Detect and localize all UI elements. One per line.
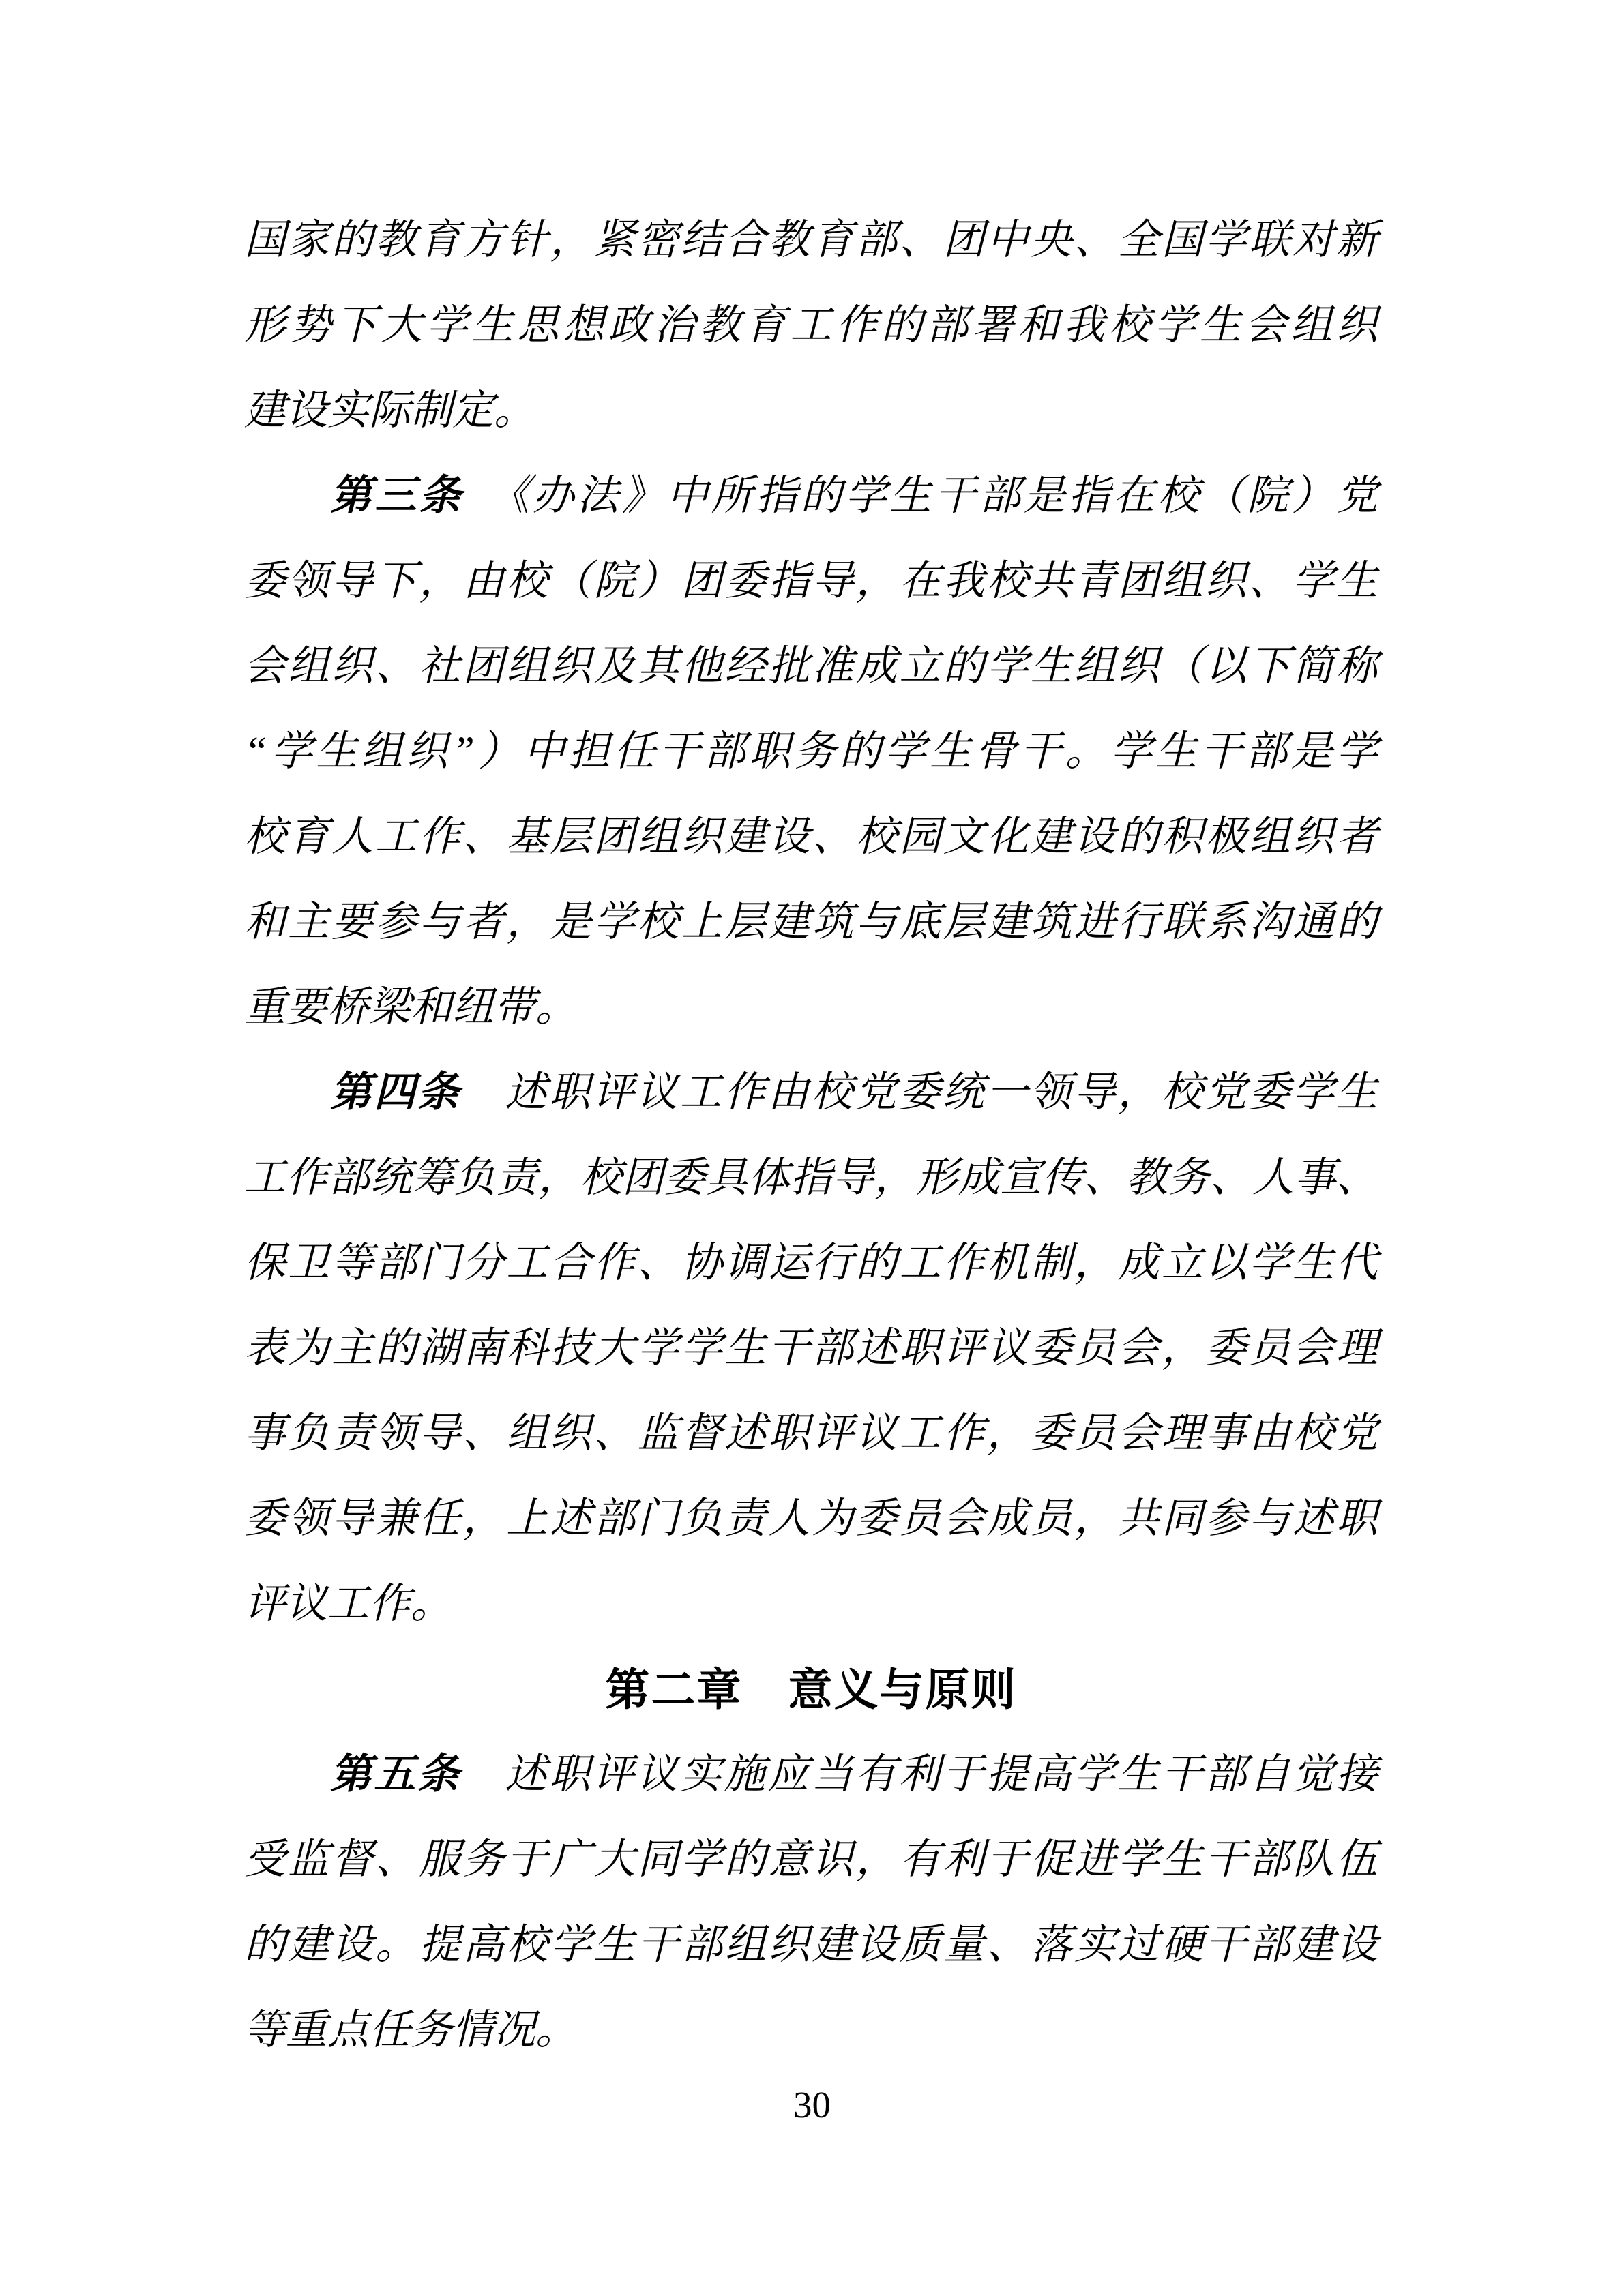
line-text: 事负责领导、组织、监督述职评议工作，委员会理事由校党 bbox=[244, 1411, 1378, 1457]
text-line: 重要桥梁和纽带。 bbox=[244, 965, 1378, 1050]
line-text: 述职评议实施应当有利于提高学生干部自觉接 bbox=[461, 1752, 1378, 1798]
text-line: 等重点任务情况。 bbox=[244, 1988, 1378, 2073]
text-line: 的建设。提高校学生干部组织建设质量、落实过硬干部建设 bbox=[244, 1903, 1378, 1988]
line-text: 等重点任务情况。 bbox=[244, 2008, 577, 2053]
page-number: 30 bbox=[0, 2081, 1624, 2129]
text-line: 建设实际制定。 bbox=[244, 368, 1378, 453]
text-line: 委领导兼任，上述部门负责人为委员会成员，共同参与述职 bbox=[244, 1476, 1378, 1562]
text-line: 第四条 述职评议工作由校党委统一领导，校党委学生 bbox=[244, 1050, 1378, 1135]
line-text: 《办法》中所指的学生干部是指在校（院）党 bbox=[464, 473, 1378, 519]
text-line: 校育人工作、基层团组织建设、校园文化建设的积极组织者 bbox=[244, 794, 1378, 880]
line-text: 形势下大学生思想政治教育工作的部署和我校学生会组织 bbox=[244, 303, 1378, 348]
text-line: 形势下大学生思想政治教育工作的部署和我校学生会组织 bbox=[244, 283, 1378, 368]
line-text: 的建设。提高校学生干部组织建设质量、落实过硬干部建设 bbox=[244, 1922, 1378, 1968]
chapter-heading: 第二章 意义与原则 bbox=[244, 1647, 1378, 1732]
line-text: 和主要参与者，是学校上层建筑与底层建筑进行联系沟通的 bbox=[244, 899, 1378, 945]
article-number: 第五条 bbox=[330, 1752, 461, 1798]
text-line: 受监督、服务于广大同学的意识，有利于促进学生干部队伍 bbox=[244, 1817, 1378, 1903]
line-text: 重要桥梁和纽带。 bbox=[244, 985, 577, 1030]
line-text: 国家的教育方针，紧密结合教育部、团中央、全国学联对新 bbox=[244, 218, 1378, 263]
line-text: 述职评议工作由校党委统一领导，校党委学生 bbox=[461, 1070, 1378, 1116]
text-line: 事负责领导、组织、监督述职评议工作，委员会理事由校党 bbox=[244, 1391, 1378, 1476]
text-line: 工作部统筹负责，校团委具体指导，形成宣传、教务、人事、 bbox=[244, 1135, 1378, 1221]
text-line: 委领导下，由校（院）团委指导，在我校共青团组织、学生 bbox=[244, 539, 1378, 624]
line-text: 校育人工作、基层团组织建设、校园文化建设的积极组织者 bbox=[244, 814, 1378, 860]
text-line: 评议工作。 bbox=[244, 1562, 1378, 1647]
article-number: 第四条 bbox=[330, 1070, 461, 1116]
text-line: 第三条 《办法》中所指的学生干部是指在校（院）党 bbox=[244, 453, 1378, 539]
text-line: 保卫等部门分工合作、协调运行的工作机制，成立以学生代 bbox=[244, 1221, 1378, 1306]
text-line: “学生组织”）中担任干部职务的学生骨干。学生干部是学 bbox=[244, 709, 1378, 794]
line-text: “学生组织”）中担任干部职务的学生骨干。学生干部是学 bbox=[244, 729, 1378, 775]
text-line: 国家的教育方针，紧密结合教育部、团中央、全国学联对新 bbox=[244, 198, 1378, 283]
text-block: 国家的教育方针，紧密结合教育部、团中央、全国学联对新形势下大学生思想政治教育工作… bbox=[244, 198, 1378, 2073]
line-text: 委领导兼任，上述部门负责人为委员会成员，共同参与述职 bbox=[244, 1496, 1378, 1542]
body-lines-before-heading: 国家的教育方针，紧密结合教育部、团中央、全国学联对新形势下大学生思想政治教育工作… bbox=[244, 198, 1378, 1647]
document-page: 国家的教育方针，紧密结合教育部、团中央、全国学联对新形势下大学生思想政治教育工作… bbox=[0, 0, 1624, 2296]
text-line: 第五条 述职评议实施应当有利于提高学生干部自觉接 bbox=[244, 1732, 1378, 1817]
line-text: 表为主的湖南科技大学学生干部述职评议委员会，委员会理 bbox=[244, 1326, 1378, 1371]
line-text: 建设实际制定。 bbox=[244, 388, 535, 434]
line-text: 保卫等部门分工合作、协调运行的工作机制，成立以学生代 bbox=[244, 1240, 1378, 1286]
text-line: 和主要参与者，是学校上层建筑与底层建筑进行联系沟通的 bbox=[244, 880, 1378, 965]
body-lines-after-heading: 第五条 述职评议实施应当有利于提高学生干部自觉接受监督、服务于广大同学的意识，有… bbox=[244, 1732, 1378, 2073]
line-text: 会组织、社团组织及其他经批准成立的学生组织（以下简称 bbox=[244, 644, 1378, 689]
article-number: 第三条 bbox=[330, 473, 464, 519]
line-text: 评议工作。 bbox=[244, 1581, 452, 1627]
text-line: 表为主的湖南科技大学学生干部述职评议委员会，委员会理 bbox=[244, 1306, 1378, 1391]
line-text: 工作部统筹负责，校团委具体指导，形成宣传、教务、人事、 bbox=[244, 1155, 1378, 1201]
line-text: 受监督、服务于广大同学的意识，有利于促进学生干部队伍 bbox=[244, 1837, 1378, 1883]
line-text: 委领导下，由校（院）团委指导，在我校共青团组织、学生 bbox=[244, 558, 1378, 604]
text-line: 会组织、社团组织及其他经批准成立的学生组织（以下简称 bbox=[244, 624, 1378, 709]
